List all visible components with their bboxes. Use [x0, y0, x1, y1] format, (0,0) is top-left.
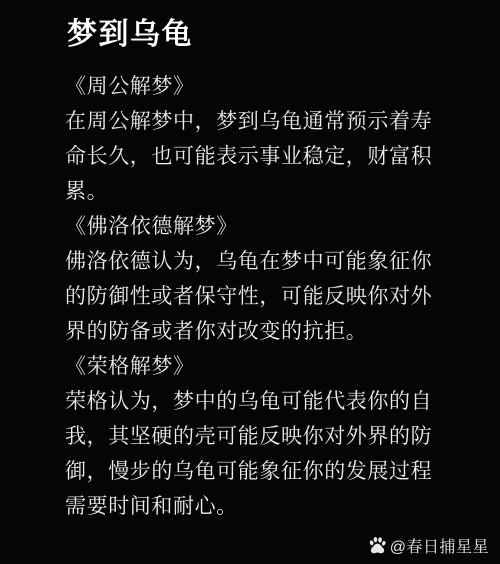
- source-heading: 《周公解梦》: [65, 69, 432, 104]
- text-card: 梦到乌龟 《周公解梦》 在周公解梦中，梦到乌龟通常预示着寿 命长久，也可能表示事…: [0, 0, 500, 564]
- body-line: 命长久，也可能表示事业稳定，财富积: [65, 139, 432, 174]
- body-line: 界的防备或者你对改变的抗拒。: [65, 314, 432, 349]
- watermark-handle: @春日捕星星: [390, 534, 489, 557]
- body-line: 需要时间和耐心。: [65, 489, 432, 524]
- body-line: 荣格认为，梦中的乌龟可能代表你的自: [65, 384, 432, 419]
- paw-icon: [368, 536, 387, 555]
- section-zhougong: 《周公解梦》 在周公解梦中，梦到乌龟通常预示着寿 命长久，也可能表示事业稳定，财…: [65, 69, 432, 209]
- page-title: 梦到乌龟: [67, 18, 193, 52]
- body-line: 的防御性或者保守性，可能反映你对外: [65, 279, 432, 314]
- section-freud: 《佛洛依德解梦》 佛洛依德认为，乌龟在梦中可能象征你 的防御性或者保守性，可能反…: [65, 209, 432, 349]
- section-jung: 《荣格解梦》 荣格认为，梦中的乌龟可能代表你的自 我，其坚硬的壳可能反映你对外界…: [65, 349, 432, 524]
- body-line: 我，其坚硬的壳可能反映你对外界的防: [65, 419, 432, 454]
- body-line: 御，慢步的乌龟可能象征你的发展过程: [65, 454, 432, 489]
- body-line: 在周公解梦中，梦到乌龟通常预示着寿: [65, 104, 432, 139]
- article-body: 《周公解梦》 在周公解梦中，梦到乌龟通常预示着寿 命长久，也可能表示事业稳定，财…: [65, 69, 432, 524]
- watermark: @春日捕星星: [368, 534, 489, 557]
- body-line: 佛洛依德认为，乌龟在梦中可能象征你: [65, 244, 432, 279]
- source-heading: 《佛洛依德解梦》: [65, 209, 432, 244]
- source-heading: 《荣格解梦》: [65, 349, 432, 384]
- body-line: 累。: [65, 174, 432, 209]
